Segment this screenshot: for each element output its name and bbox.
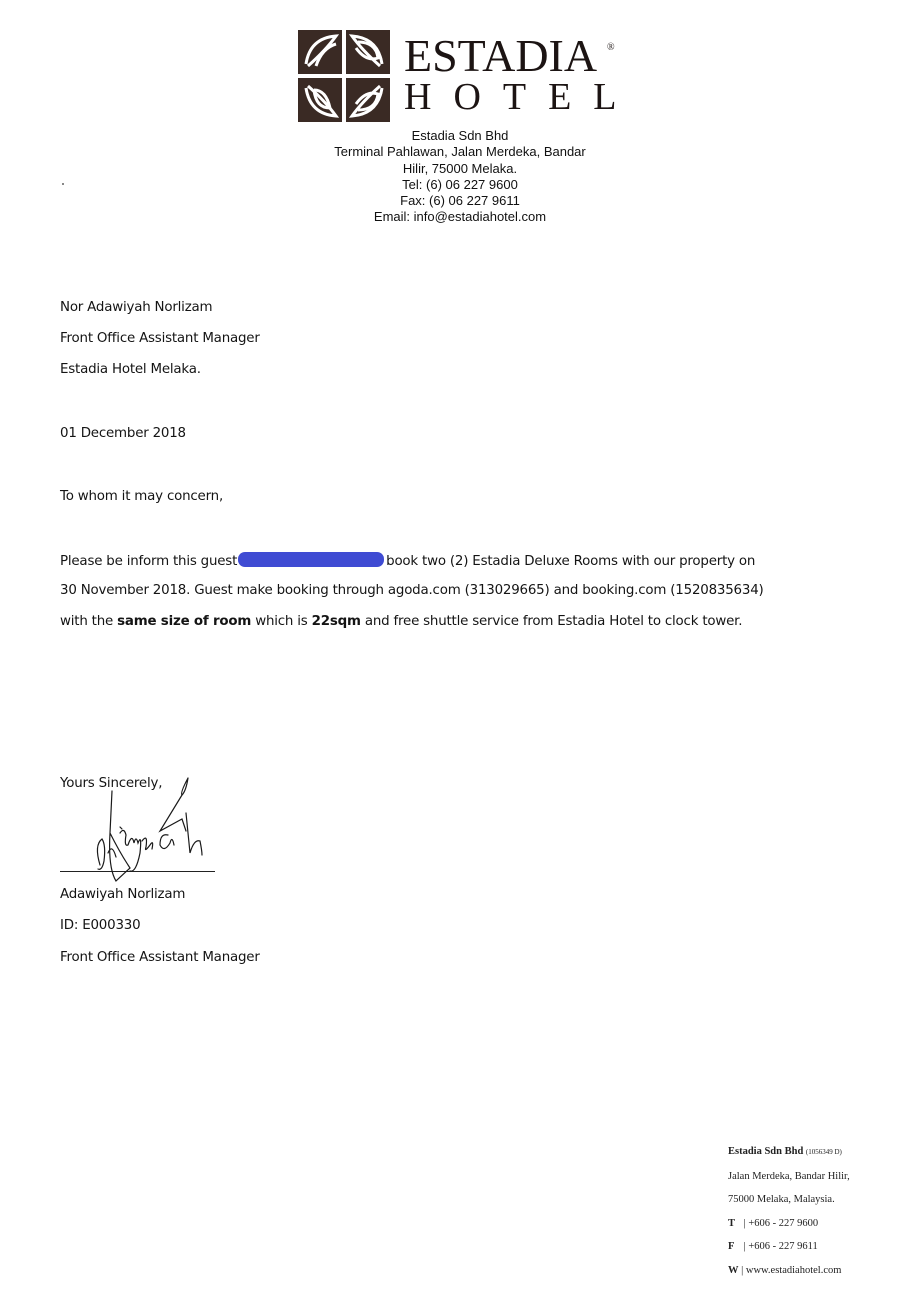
redacted-guest-name (238, 552, 384, 567)
scan-speck (62, 183, 64, 185)
footer-company: Estadia Sdn Bhd (1056349 D) (728, 1140, 850, 1165)
footer-address-1: Jalan Merdeka, Bandar Hilir, (728, 1165, 850, 1189)
brand-name-hotel: HOTEL (404, 78, 639, 116)
body-line-1-start: Please be inform this guest (60, 554, 237, 569)
footer-contact-block: Estadia Sdn Bhd (1056349 D) Jalan Merdek… (728, 1140, 850, 1283)
footer-reg-no: (1056349 D) (806, 1148, 842, 1156)
body-text: which is (251, 614, 311, 629)
footer-address-2: 75000 Melaka, Malaysia. (728, 1188, 850, 1212)
body-line-1-end: book two (2) Estadia Deluxe Rooms with o… (386, 554, 755, 569)
body-line-1: Please be inform this guestbook two (2) … (60, 552, 755, 569)
body-line-3: with the same size of room which is 22sq… (60, 614, 742, 629)
brand-name-estadia: ESTADIA (404, 33, 597, 79)
letterhead-company: Estadia Sdn Bhd (300, 128, 620, 144)
body-text: with the (60, 614, 117, 629)
sender-organization: Estadia Hotel Melaka. (60, 362, 201, 377)
footer-fax: F | +606 - 227 9611 (728, 1235, 850, 1259)
letter-date: 01 December 2018 (60, 426, 186, 441)
letterhead-city: Hilir, 75000 Melaka. (300, 161, 620, 177)
footer-fax-label: F (728, 1235, 741, 1259)
registered-mark: ® (607, 42, 615, 53)
letterhead-tel: Tel: (6) 06 227 9600 (300, 177, 620, 193)
body-text: and free shuttle service from Estadia Ho… (361, 614, 743, 629)
sender-name: Nor Adawiyah Norlizam (60, 300, 212, 315)
footer-tel: T | +606 - 227 9600 (728, 1212, 850, 1236)
letterhead-address: Estadia Sdn Bhd Terminal Pahlawan, Jalan… (300, 128, 620, 226)
bold-room-size-value: 22sqm (312, 614, 361, 629)
footer-tel-label: T (728, 1212, 741, 1236)
footer-web-label: W (728, 1259, 739, 1283)
estadia-leaf-logo-icon (296, 28, 392, 124)
letterhead-fax: Fax: (6) 06 227 9611 (300, 193, 620, 209)
footer-tel-value: +606 - 227 9600 (748, 1218, 818, 1229)
letterhead-email[interactable]: Email: info@estadiahotel.com (300, 209, 620, 225)
footer-company-name: Estadia Sdn Bhd (728, 1146, 803, 1157)
handwritten-signature-icon (90, 773, 220, 893)
footer-web: W | www.estadiahotel.com (728, 1259, 850, 1283)
letterhead-street: Terminal Pahlawan, Jalan Merdeka, Bandar (300, 144, 620, 160)
sender-title: Front Office Assistant Manager (60, 331, 260, 346)
body-line-2: 30 November 2018. Guest make booking thr… (60, 583, 764, 598)
salutation: To whom it may concern, (60, 489, 223, 504)
footer-fax-value: +606 - 227 9611 (748, 1241, 817, 1252)
bold-room-size-phrase: same size of room (117, 614, 251, 629)
signatory-title: Front Office Assistant Manager (60, 950, 260, 965)
signatory-id: ID: E000330 (60, 918, 140, 933)
footer-web-link[interactable]: www.estadiahotel.com (746, 1265, 842, 1276)
